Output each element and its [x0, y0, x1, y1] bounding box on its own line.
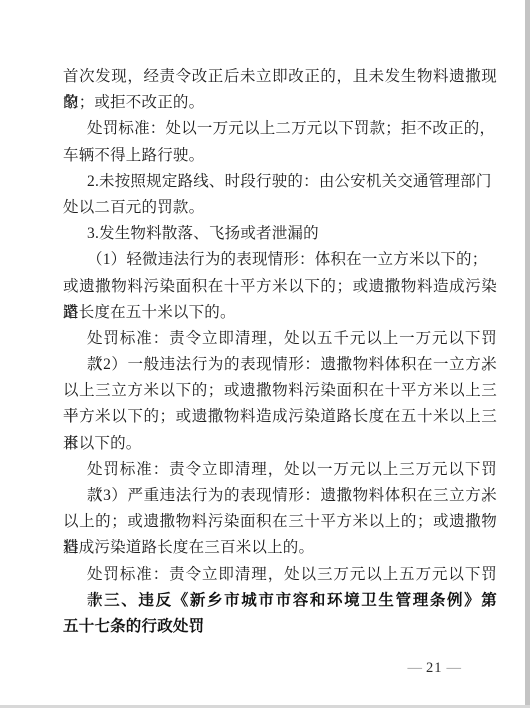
text-line: 米以下的。	[63, 431, 497, 457]
text-line: 处罚标准：处以一万元以上二万元以下罚款；拒不改正的，	[63, 116, 497, 142]
document-text-block: 首次发现，经责令改正后未立即改正的，且未发生物料遗撒现象 的；或拒不改正的。 处…	[63, 64, 497, 640]
page-edge-right	[525, 0, 530, 708]
text-line: （3）严重违法行为的表现情形：遗撒物料体积在三立方米	[63, 483, 497, 509]
text-line: 处罚标准：责令立即清理，处以一万元以上三万元以下罚款。	[63, 457, 497, 483]
text-line: 造成污染道路长度在三百米以上的。	[63, 535, 497, 561]
section-heading-line: 十三、违反《新乡市城市市容和环境卫生管理条例》第	[63, 588, 497, 614]
text-line: 2.未按照规定路线、时段行驶的：由公安机关交通管理部门	[63, 169, 497, 195]
text-line: 以上三立方米以下的；或遗撒物料污染面积在十平方米以上三十	[63, 378, 497, 404]
text-line: 的；或拒不改正的。	[63, 90, 497, 116]
text-line: 以上的；或遗撒物料污染面积在三十平方米以上的；或遗撒物料	[63, 509, 497, 535]
text-line: （2）一般违法行为的表现情形：遗撒物料体积在一立方米	[63, 352, 497, 378]
text-line: 平方米以下的；或遗撒物料造成污染道路长度在五十米以上三百	[63, 404, 497, 430]
footer-page-number: 21	[426, 660, 443, 676]
section-heading-line: 五十七条的行政处罚	[63, 614, 497, 640]
text-line: 或遗撒物料污染面积在十平方米以下的；或遗撒物料造成污染道	[63, 274, 497, 300]
text-line: 3.发生物料散落、飞扬或者泄漏的	[63, 221, 497, 247]
document-page: 首次发现，经责令改正后未立即改正的，且未发生物料遗撒现象 的；或拒不改正的。 处…	[0, 0, 530, 708]
footer-right-dash: —	[443, 660, 466, 676]
text-line: 处罚标准：责令立即清理，处以五千元以上一万元以下罚款。	[63, 326, 497, 352]
text-line: （1）轻微违法行为的表现情形：体积在一立方米以下的；	[63, 247, 497, 273]
text-line: 处罚标准：责令立即清理，处以三万元以上五万元以下罚款。	[63, 562, 497, 588]
page-number: —21—	[404, 659, 466, 677]
text-line: 处以二百元的罚款。	[63, 195, 497, 221]
text-line: 车辆不得上路行驶。	[63, 143, 497, 169]
text-line: 路长度在五十米以下的。	[63, 300, 497, 326]
text-line: 首次发现，经责令改正后未立即改正的，且未发生物料遗撒现象	[63, 64, 497, 90]
footer-left-dash: —	[404, 660, 427, 676]
